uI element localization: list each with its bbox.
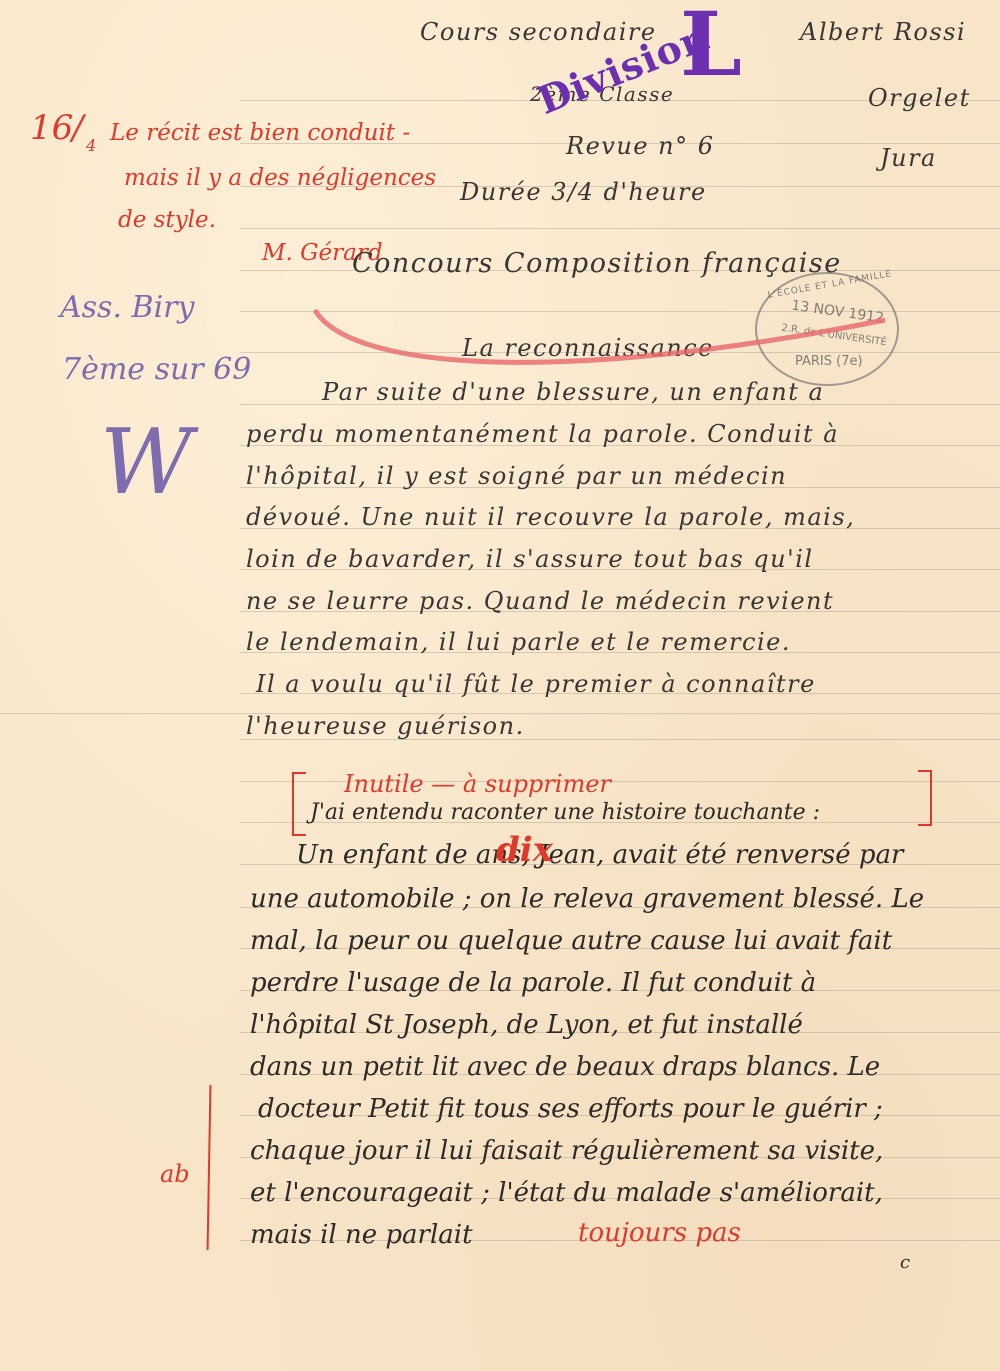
assessor-name: Ass. Biry [60, 290, 194, 325]
subject-line: Il a voulu qu'il fût le premier à connaî… [256, 670, 816, 698]
duration-label: Durée 3/4 d'heure [460, 178, 707, 206]
subject-line: loin de bavarder, il s'assure tout bas q… [246, 545, 814, 573]
subject-line: ne se leurre pas. Quand le médecin revie… [246, 587, 834, 615]
grading-comment-line-2: mais il y a des négligences [124, 165, 436, 191]
margin-bracket-line [207, 1085, 212, 1250]
subject-line: dévoué. Une nuit il recouvre la parole, … [246, 503, 855, 531]
score: 16 [30, 108, 73, 148]
inserted-word: dix [496, 830, 553, 870]
division-letter-stamp: L [680, 0, 742, 88]
essay-line: et l'encourageait ; l'état du malade s'a… [250, 1178, 883, 1208]
subject-line: l'heureuse guérison. [246, 712, 525, 740]
essay-line: Un enfant de ans, Jean, avait été renver… [296, 840, 903, 870]
essay-line: l'hôpital St Joseph, de Lyon, et fut ins… [250, 1010, 803, 1040]
student-department: Jura [880, 144, 937, 172]
grading-comment-line-3: de style. [118, 207, 216, 233]
subject-line: l'hôpital, il y est soigné par un médeci… [246, 462, 787, 490]
student-name: Albert Rossi [800, 18, 966, 46]
margin-mark: ab [160, 1160, 190, 1188]
essay-line: mais il ne parlait [250, 1220, 473, 1250]
subject-line: Par suite d'une blessure, un enfant a [322, 378, 824, 406]
essay-line: docteur Petit fit tous ses efforts pour … [258, 1094, 883, 1124]
revue-label: Revue n° 6 [566, 132, 714, 160]
deleted-opening-line: J'ai entendu raconter une histoire touch… [310, 800, 820, 825]
subject-line: le lendemain, il lui parle et le remerci… [246, 628, 791, 656]
rank-text: 7ème sur 69 [62, 352, 251, 387]
essay-line: dans un petit lit avec de beaux draps bl… [250, 1052, 880, 1082]
assessor-initial: W [100, 410, 193, 515]
bracket-correction-note: Inutile — à supprimer [344, 770, 611, 798]
score-slash: / [72, 108, 83, 148]
student-town: Orgelet [868, 84, 971, 112]
grading-comment-line-1: Le récit est bien conduit - [110, 120, 410, 146]
left-red-bracket [292, 772, 306, 836]
essay-line: mal, la peur ou quelque autre cause lui … [250, 926, 892, 956]
course-label: Cours secondaire [420, 18, 657, 46]
essay-line: une automobile ; on le releva gravement … [250, 884, 924, 914]
red-replacement: toujours pas [578, 1218, 741, 1248]
essay-line: perdre l'usage de la parole. Il fut cond… [250, 968, 816, 998]
red-underline-arc [310, 300, 890, 380]
right-red-bracket [918, 770, 932, 826]
essay-line: chaque jour il lui faisait régulièrement… [250, 1136, 883, 1166]
score-denominator: 4 [86, 136, 96, 155]
manuscript-page: Cours secondaire 2ème Classe Revue n° 6 … [0, 0, 1000, 1371]
subject-line: perdu momentanément la parole. Conduit à [246, 420, 839, 448]
contest-title: Concours Composition française [352, 248, 842, 279]
trailing-mark: c [900, 1252, 910, 1273]
